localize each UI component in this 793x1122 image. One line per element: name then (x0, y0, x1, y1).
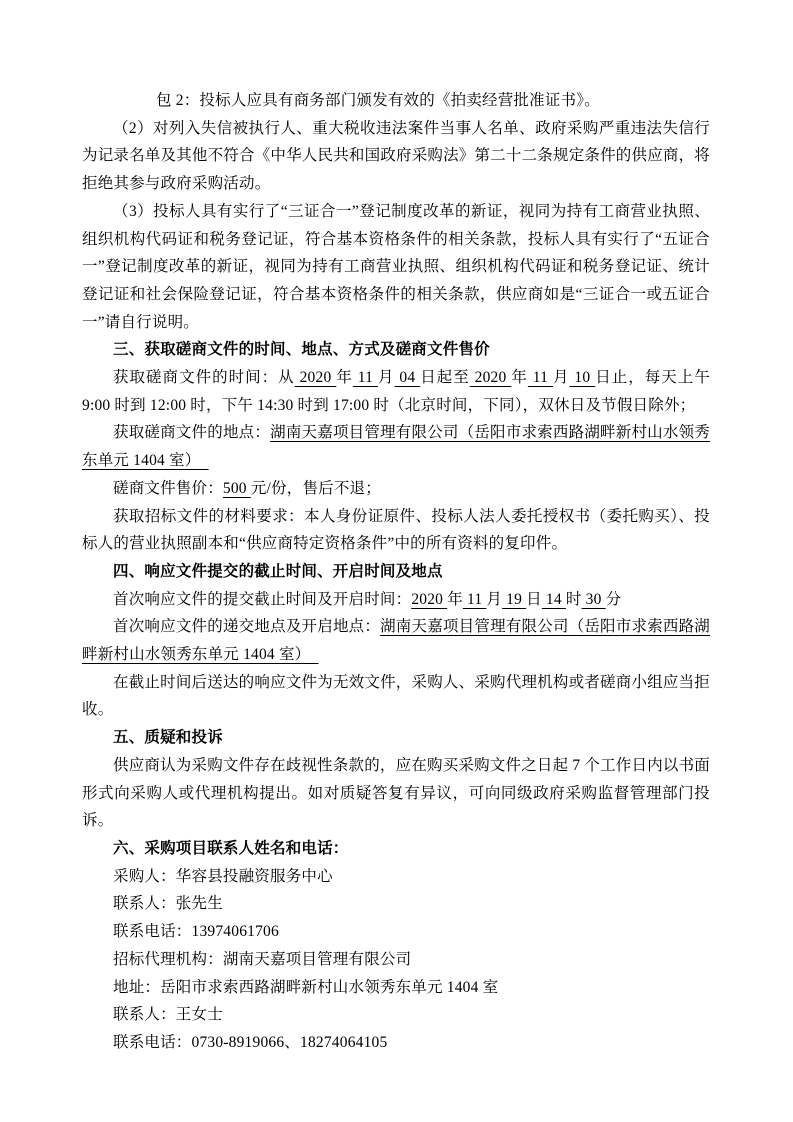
para-document-time: 获取磋商文件的时间：从 2020 年 11 月 04 日起至 2020 年 11… (82, 364, 710, 419)
para-response-deadline: 首次响应文件的提交截止时间及开启时间：2020 年 11 月 19 日 14 时… (82, 586, 710, 614)
underlined-text: 500 (223, 480, 251, 497)
text-run: 月 (486, 591, 502, 608)
underlined-text: 11 (528, 369, 553, 386)
underlined-text: 11 (463, 591, 486, 608)
text-run: 日 (526, 591, 542, 608)
para-document-price: 磋商文件售价：500 元/份，售后不退； (82, 475, 710, 503)
text-run: 包 2：投标人应具有商务部门颁发有效的《拍卖经营批准证书》。 (156, 92, 600, 109)
para-late-submission: 在截止时间后送达的响应文件为无效文件，采购人、采购代理机构或者磋商小组应当拒收。 (82, 669, 710, 724)
document-page: 包 2：投标人应具有商务部门颁发有效的《拍卖经营批准证书》。（2）对列入失信被执… (0, 0, 793, 1122)
text-run: 联系电话：13974061706 (113, 923, 279, 940)
text-run: 六、采购项目联系人姓名和电话： (113, 840, 349, 857)
text-run: 供应商认为采购文件存在歧视性条款的，应在购买采购文件之日起 7 个工作日内以书面… (82, 757, 710, 829)
underlined-text: 04 (395, 369, 421, 386)
para-document-materials: 获取招标文件的材料要求：本人身份证原件、投标人法人委托授权书（委托购买）、投标人… (82, 503, 710, 558)
para-purchaser-phone: 联系电话：13974061706 (82, 918, 710, 946)
heading-section-6: 六、采购项目联系人姓名和电话： (82, 835, 710, 863)
para-item-2-dishonest-list: （2）对列入失信被执行人、重大税收违法案件当事人名单、政府采购严重违法失信行为记… (82, 115, 710, 198)
para-agency-contact: 联系人：王女士 (82, 1001, 710, 1029)
para-agency-address: 地址：岳阳市求索西路湖畔新村山水领秀东单元 1404 室 (82, 974, 710, 1002)
text-run: 联系电话：0730-8919066、18274064105 (113, 1034, 387, 1051)
text-run: 招标代理机构：湖南天嘉项目管理有限公司 (113, 951, 411, 968)
para-complaint: 供应商认为采购文件存在歧视性条款的，应在购买采购文件之日起 7 个工作日内以书面… (82, 752, 710, 835)
text-run: 联系人：王女士 (113, 1006, 223, 1023)
text-run: 磋商文件售价： (113, 480, 223, 497)
underlined-text: 19 (502, 591, 526, 608)
text-run: 年 (447, 591, 463, 608)
heading-section-4: 四、响应文件提交的截止时间、开启时间及地点 (82, 558, 710, 586)
para-agency-phone: 联系电话：0730-8919066、18274064105 (82, 1029, 710, 1057)
text-run: （2）对列入失信被执行人、重大税收违法案件当事人名单、政府采购严重违法失信行为记… (82, 120, 710, 192)
text-run: 三、获取磋商文件的时间、地点、方式及磋商文件售价 (113, 341, 490, 358)
text-run: 获取磋商文件的地点： (113, 424, 270, 441)
underlined-text: 10 (570, 369, 596, 386)
para-response-place: 首次响应文件的递交地点及开启地点：湖南天嘉项目管理有限公司（岳阳市求索西路湖畔新… (82, 613, 710, 668)
para-purchaser-contact: 联系人：张先生 (82, 890, 710, 918)
para-purchaser: 采购人：华容县投融资服务中心 (82, 863, 710, 891)
para-item-3-license-reform: （3）投标人具有实行了“三证合一”登记制度改革的新证，视同为持有工商营业执照、组… (82, 198, 710, 337)
underlined-text: 30 (582, 591, 606, 608)
text-run: 月 (553, 369, 570, 386)
text-run: 地址：岳阳市求索西路湖畔新村山水领秀东单元 1404 室 (113, 979, 498, 996)
text-run: 四、响应文件提交的截止时间、开启时间及地点 (113, 563, 443, 580)
text-run: 首次响应文件的提交截止时间及开启时间： (113, 591, 411, 608)
heading-section-5: 五、质疑和投诉 (82, 724, 710, 752)
underlined-text: 2020 (470, 369, 512, 386)
underlined-text: 11 (353, 369, 378, 386)
para-document-place: 获取磋商文件的地点：湖南天嘉项目管理有限公司（岳阳市求索西路湖畔新村山水领秀东单… (82, 419, 710, 474)
text-run: 日起至 (420, 369, 470, 386)
text-run: 分 (606, 591, 622, 608)
text-run: （3）投标人具有实行了“三证合一”登记制度改革的新证，视同为持有工商营业执照、组… (82, 203, 710, 331)
heading-section-3: 三、获取磋商文件的时间、地点、方式及磋商文件售价 (82, 336, 710, 364)
underlined-text: 2020 (295, 369, 337, 386)
text-run: 月 (378, 369, 395, 386)
text-run: 五、质疑和投诉 (113, 729, 223, 746)
para-agency: 招标代理机构：湖南天嘉项目管理有限公司 (82, 946, 710, 974)
text-run: 获取招标文件的材料要求：本人身份证原件、投标人法人委托授权书（委托购买）、投标人… (82, 508, 710, 553)
text-run: 首次响应文件的递交地点及开启地点： (113, 618, 380, 635)
underlined-text: 14 (542, 591, 566, 608)
text-run: 年 (511, 369, 528, 386)
para-package2-requirement: 包 2：投标人应具有商务部门颁发有效的《拍卖经营批准证书》。 (82, 87, 710, 115)
text-run: 年 (336, 369, 353, 386)
text-run: 获取磋商文件的时间：从 (113, 369, 295, 386)
text-run: 元/份，售后不退； (251, 480, 381, 497)
text-run: 时 (566, 591, 582, 608)
underlined-text: 2020 (411, 591, 447, 608)
text-run: 联系人：张先生 (113, 895, 223, 912)
text-run: 采购人：华容县投融资服务中心 (113, 868, 333, 885)
text-run: 在截止时间后送达的响应文件为无效文件，采购人、采购代理机构或者磋商小组应当拒收。 (82, 674, 710, 719)
document-content: 包 2：投标人应具有商务部门颁发有效的《拍卖经营批准证书》。（2）对列入失信被执… (82, 87, 710, 1057)
